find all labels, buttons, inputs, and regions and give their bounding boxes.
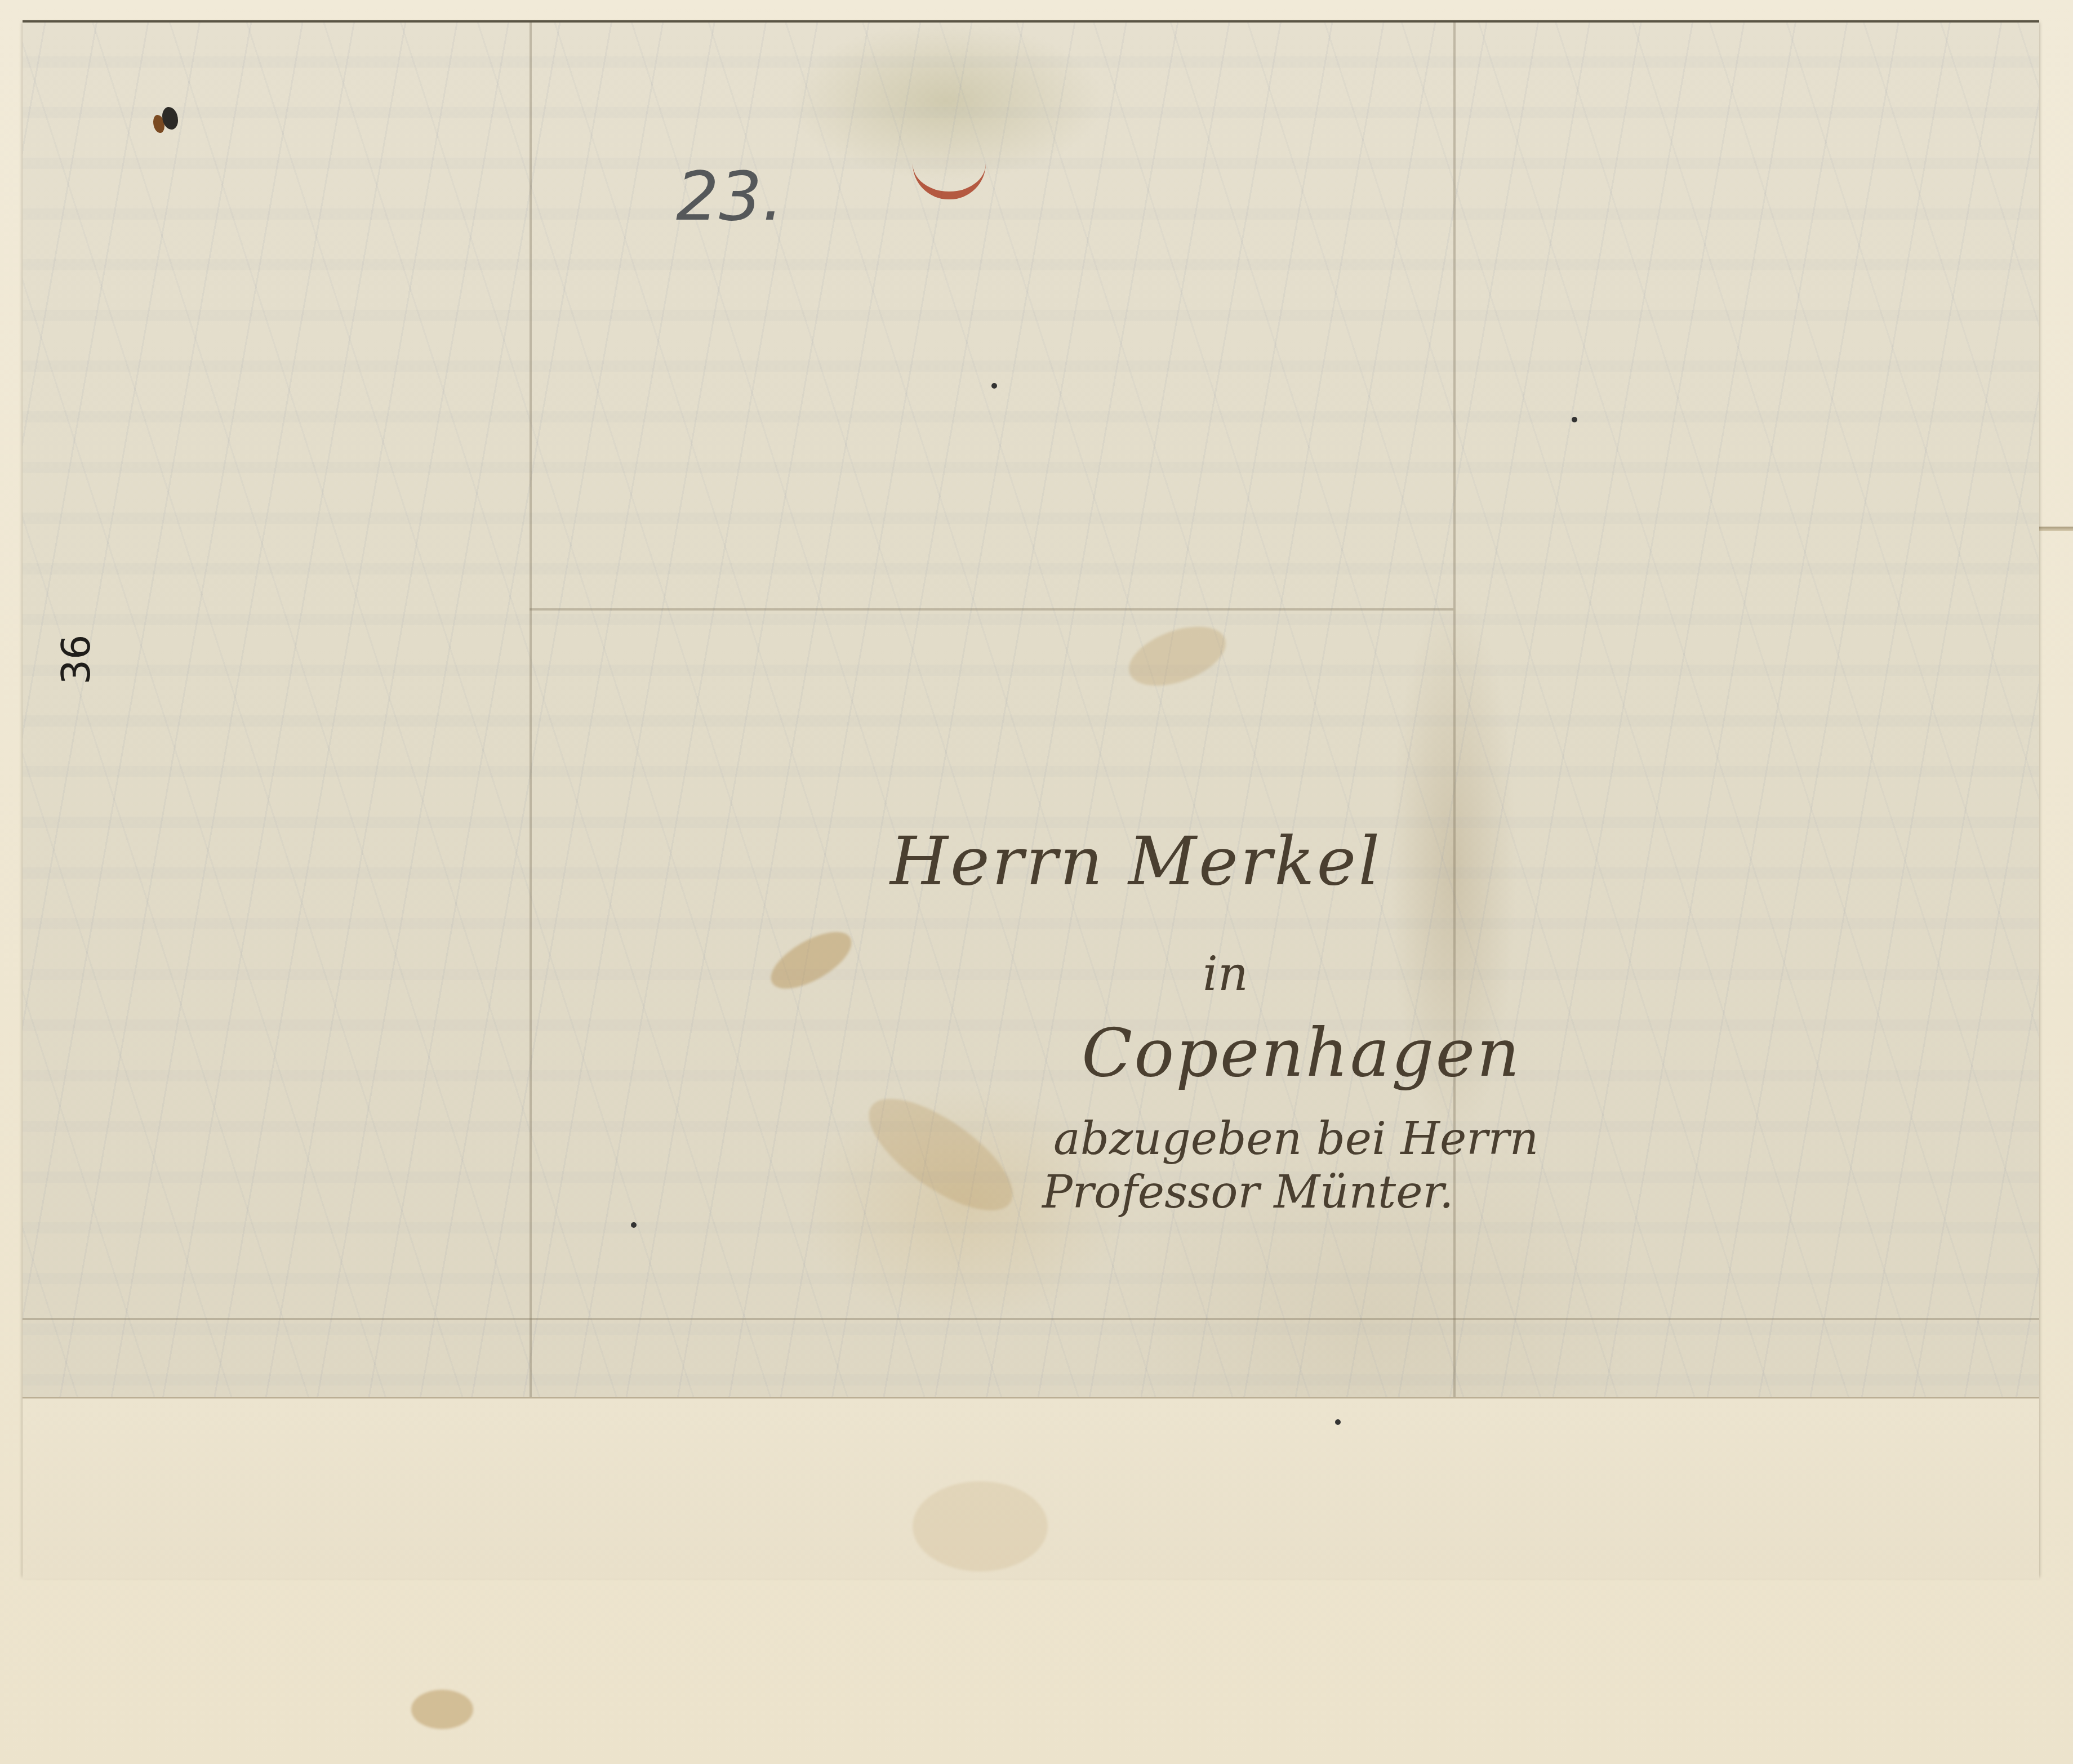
ink-speck: [1572, 417, 1577, 422]
fold-line-middle: [530, 608, 1453, 611]
letter-sheet: 23. 36 Herrn Merkel in Copenhagen abzuge…: [23, 23, 2039, 1577]
pencil-folio-number: 23.: [676, 158, 784, 236]
address-city: Copenhagen: [1082, 1014, 1521, 1092]
fold-line-right: [1453, 23, 1456, 1577]
archive-number: 36: [53, 634, 99, 684]
fold-line-left: [530, 23, 532, 1577]
address-delivery-name: Professor Münter.: [1042, 1166, 1453, 1218]
bleed-through-text: [23, 23, 2039, 1577]
ink-speck: [991, 383, 997, 389]
stain: [411, 1690, 473, 1729]
ink-speck: [631, 1222, 637, 1228]
backing-fold-edge: [2039, 527, 2073, 531]
stain: [913, 1481, 1048, 1571]
address-delivery-note: abzugeben bei Herrn: [1053, 1112, 1538, 1165]
ink-speck: [1335, 1419, 1341, 1425]
fold-line-lower: [23, 1318, 2039, 1320]
address-preposition: in: [1203, 946, 1248, 1001]
address-recipient: Herrn Merkel: [890, 822, 1382, 900]
